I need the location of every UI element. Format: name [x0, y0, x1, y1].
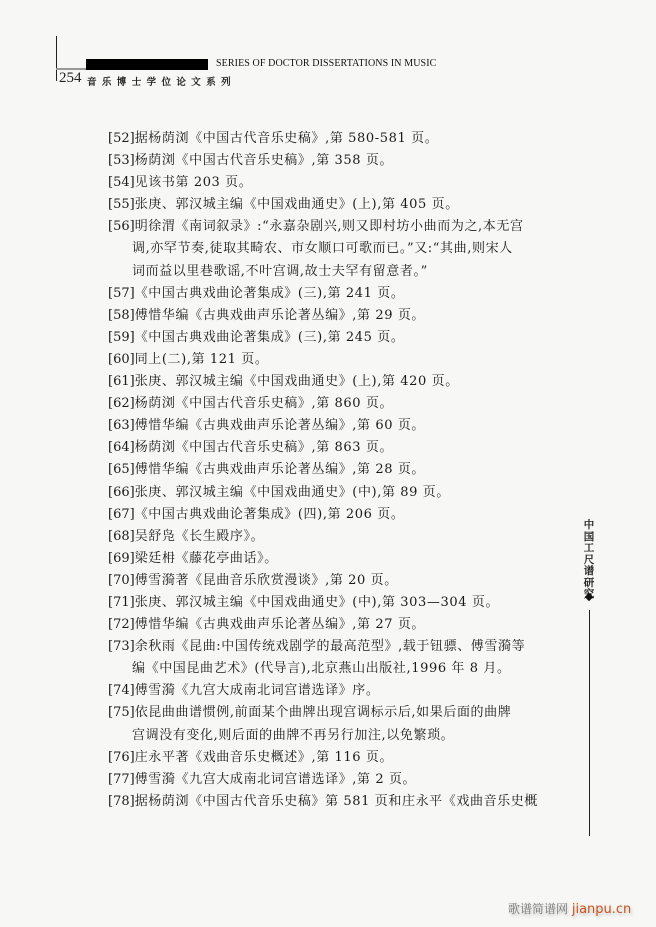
endnote-text: 傅雪漪《九宫大成南北词宫谱选译》,第 2 页。	[135, 772, 416, 787]
endnote-item: [65]傅惜华编《古典戏曲声乐论著丛编》,第 28 页。	[108, 459, 568, 481]
endnote-item: [52]据杨荫浏《中国古代音乐史稿》,第 580-581 页。	[108, 128, 568, 150]
endnote-text: 张庚、郭汉城主编《中国戏曲通史》(上),第 405 页。	[135, 197, 459, 212]
endnote-number: [68]	[108, 529, 135, 544]
endnote-item: [71]张庚、郭汉城主编《中国戏曲通史》(中),第 303—304 页。	[108, 592, 568, 614]
endnote-number: [69]	[108, 551, 135, 566]
endnote-item: [68]吴舒凫《长生殿序》。	[108, 526, 568, 548]
endnote-text: 傅惜华编《古典戏曲声乐论著丛编》,第 28 页。	[135, 462, 425, 477]
endnote-number: [75]	[108, 705, 135, 720]
endnote-number: [78]	[108, 794, 135, 809]
endnote-text: 张庚、郭汉城主编《中国戏曲通史》(中),第 303—304 页。	[135, 595, 499, 610]
endnote-item: [74]傅雪漪《九宫大成南北词宫谱选译》序。	[108, 680, 568, 702]
endnote-text: 《中国古典戏曲论著集成》(四),第 206 页。	[135, 507, 405, 522]
endnote-item: [57]《中国古典戏曲论著集成》(三),第 241 页。	[108, 283, 568, 305]
endnote-text: 《中国古典戏曲论著集成》(三),第 245 页。	[135, 330, 405, 345]
side-book-title: 中国工尺谱研究	[582, 520, 596, 601]
endnote-number: [55]	[108, 197, 135, 212]
endnote-item: [76]庄永平著《戏曲音乐史概述》,第 116 页。	[108, 747, 568, 769]
endnote-number: [53]	[108, 153, 135, 168]
series-title-en: SERIES OF DOCTOR DISSERTATIONS IN MUSIC	[216, 58, 436, 69]
endnote-text: 傅雪漪著《昆曲音乐欣赏漫谈》,第 20 页。	[135, 573, 398, 588]
endnote-number: [71]	[108, 595, 135, 610]
endnote-number: [76]	[108, 750, 135, 765]
endnote-number: [70]	[108, 573, 135, 588]
endnote-number: [61]	[108, 374, 135, 389]
endnote-item: [63]傅惜华编《古典戏曲声乐论著丛编》,第 60 页。	[108, 415, 568, 437]
series-title-cn: 音乐博士学位论文系列	[87, 74, 236, 88]
endnote-text: 杨荫浏《中国古代音乐史稿》,第 860 页。	[135, 396, 393, 411]
endnote-number: [63]	[108, 418, 135, 433]
endnote-item: [73]余秋雨《昆曲:中国传统戏剧学的最高范型》,载于钮骠、傅雪漪等编《中国昆曲…	[108, 636, 568, 680]
endnote-text: 傅惜华编《古典戏曲声乐论著丛编》,第 29 页。	[135, 308, 425, 323]
endnote-item: [59]《中国古典戏曲论著集成》(三),第 245 页。	[108, 327, 568, 349]
endnote-item: [54]见该书第 203 页。	[108, 172, 568, 194]
header-black-bar	[86, 59, 208, 70]
watermark: 歌谱简谱网 jianpu.cn	[508, 900, 631, 917]
endnote-number: [57]	[108, 286, 135, 301]
endnote-item: [56]明徐渭《南词叙录》:“永嘉杂剧兴,则又即村坊小曲而为之,本无宫调,亦罕节…	[108, 216, 568, 282]
endnote-number: [60]	[108, 352, 135, 367]
endnote-number: [73]	[108, 639, 135, 654]
endnote-number: [58]	[108, 308, 135, 323]
side-title-char: 中	[582, 520, 596, 532]
endnote-text: 见该书第 203 页。	[135, 175, 253, 190]
endnote-number: [54]	[108, 175, 135, 190]
endnote-text: 杨荫浏《中国古代音乐史稿》,第 358 页。	[135, 153, 393, 168]
endnote-number: [52]	[108, 131, 135, 146]
endnote-text: 同上(二),第 121 页。	[135, 352, 269, 367]
watermark-cn: 歌谱简谱网	[508, 902, 568, 916]
endnote-text: 《中国古典戏曲论著集成》(三),第 241 页。	[135, 286, 405, 301]
endnote-number: [59]	[108, 330, 135, 345]
endnote-text: 余秋雨《昆曲:中国传统戏剧学的最高范型》,载于钮骠、傅雪漪等	[135, 639, 526, 654]
page-number: 254	[59, 70, 82, 87]
endnote-item: [61]张庚、郭汉城主编《中国戏曲通史》(上),第 420 页。	[108, 371, 568, 393]
endnote-text: 据杨荫浏《中国古代音乐史稿》,第 580-581 页。	[135, 131, 439, 146]
endnote-text: 依昆曲曲谱惯例,前面某个曲牌出现宫调标示后,如果后面的曲牌	[135, 705, 512, 720]
endnote-text: 据杨荫浏《中国古代音乐史稿》第 581 页和庄永平《戏曲音乐史概	[135, 794, 538, 809]
endnote-item: [58]傅惜华编《古典戏曲声乐论著丛编》,第 29 页。	[108, 305, 568, 327]
endnote-text: 梁廷枏《藤花亭曲话》。	[135, 551, 278, 566]
endnote-text: 张庚、郭汉城主编《中国戏曲通史》(上),第 420 页。	[135, 374, 459, 389]
endnote-number: [72]	[108, 617, 135, 632]
side-title-char: 工	[582, 543, 596, 555]
endnote-text: 吴舒凫《长生殿序》。	[135, 529, 265, 544]
header-vertical-rule	[56, 36, 57, 81]
endnotes-list: [52]据杨荫浏《中国古代音乐史稿》,第 580-581 页。[53]杨荫浏《中…	[108, 128, 568, 813]
endnote-item: [70]傅雪漪著《昆曲音乐欣赏漫谈》,第 20 页。	[108, 570, 568, 592]
endnote-text: 庄永平著《戏曲音乐史概述》,第 116 页。	[135, 750, 393, 765]
endnote-text-continuation: 编《中国昆曲艺术》(代导言),北京燕山出版社,1996 年 8 月。	[108, 658, 568, 680]
endnote-number: [66]	[108, 485, 135, 500]
endnote-item: [66]张庚、郭汉城主编《中国戏曲通史》(中),第 89 页。	[108, 482, 568, 504]
endnote-item: [62]杨荫浏《中国古代音乐史稿》,第 860 页。	[108, 393, 568, 415]
endnote-text: 明徐渭《南词叙录》:“永嘉杂剧兴,则又即村坊小曲而为之,本无宫	[135, 219, 524, 234]
endnote-number: [64]	[108, 440, 135, 455]
endnote-item: [72]傅惜华编《古典戏曲声乐论著丛编》,第 27 页。	[108, 614, 568, 636]
endnote-item: [75]依昆曲曲谱惯例,前面某个曲牌出现宫调标示后,如果后面的曲牌宫调没有变化,…	[108, 702, 568, 746]
watermark-site: jianpu.cn	[572, 902, 631, 917]
endnote-text: 傅雪漪《九宫大成南北词宫谱选译》序。	[135, 683, 380, 698]
endnote-text-continuation: 调,亦罕节奏,徒取其畸农、市女顺口可歌而已。”又:“其曲,则宋人	[108, 238, 568, 260]
endnote-number: [74]	[108, 683, 135, 698]
endnote-item: [67]《中国古典戏曲论著集成》(四),第 206 页。	[108, 504, 568, 526]
endnote-item: [77]傅雪漪《九宫大成南北词宫谱选译》,第 2 页。	[108, 769, 568, 791]
endnote-text-continuation: 宫调没有变化,则后面的曲牌不再另行加注,以免繁琐。	[108, 725, 568, 747]
endnote-text-continuation: 词而益以里巷歌谣,不叶宫调,故士夫罕有留意者。”	[108, 261, 568, 283]
side-vertical-rule	[589, 610, 590, 836]
endnote-item: [64]杨荫浏《中国古代音乐史稿》,第 863 页。	[108, 437, 568, 459]
endnote-text: 傅惜华编《古典戏曲声乐论著丛编》,第 60 页。	[135, 418, 425, 433]
endnote-text: 张庚、郭汉城主编《中国戏曲通史》(中),第 89 页。	[135, 485, 450, 500]
endnote-item: [69]梁廷枏《藤花亭曲话》。	[108, 548, 568, 570]
endnote-number: [67]	[108, 507, 135, 522]
endnote-text: 傅惜华编《古典戏曲声乐论著丛编》,第 27 页。	[135, 617, 425, 632]
endnote-number: [65]	[108, 462, 135, 477]
endnote-text: 杨荫浏《中国古代音乐史稿》,第 863 页。	[135, 440, 393, 455]
endnote-number: [77]	[108, 772, 135, 787]
endnote-item: [78]据杨荫浏《中国古代音乐史稿》第 581 页和庄永平《戏曲音乐史概	[108, 791, 568, 813]
endnote-item: [53]杨荫浏《中国古代音乐史稿》,第 358 页。	[108, 150, 568, 172]
endnote-number: [62]	[108, 396, 135, 411]
side-title-char: 谱	[582, 566, 596, 578]
endnote-item: [55]张庚、郭汉城主编《中国戏曲通史》(上),第 405 页。	[108, 194, 568, 216]
endnote-item: [60]同上(二),第 121 页。	[108, 349, 568, 371]
endnote-number: [56]	[108, 219, 135, 234]
